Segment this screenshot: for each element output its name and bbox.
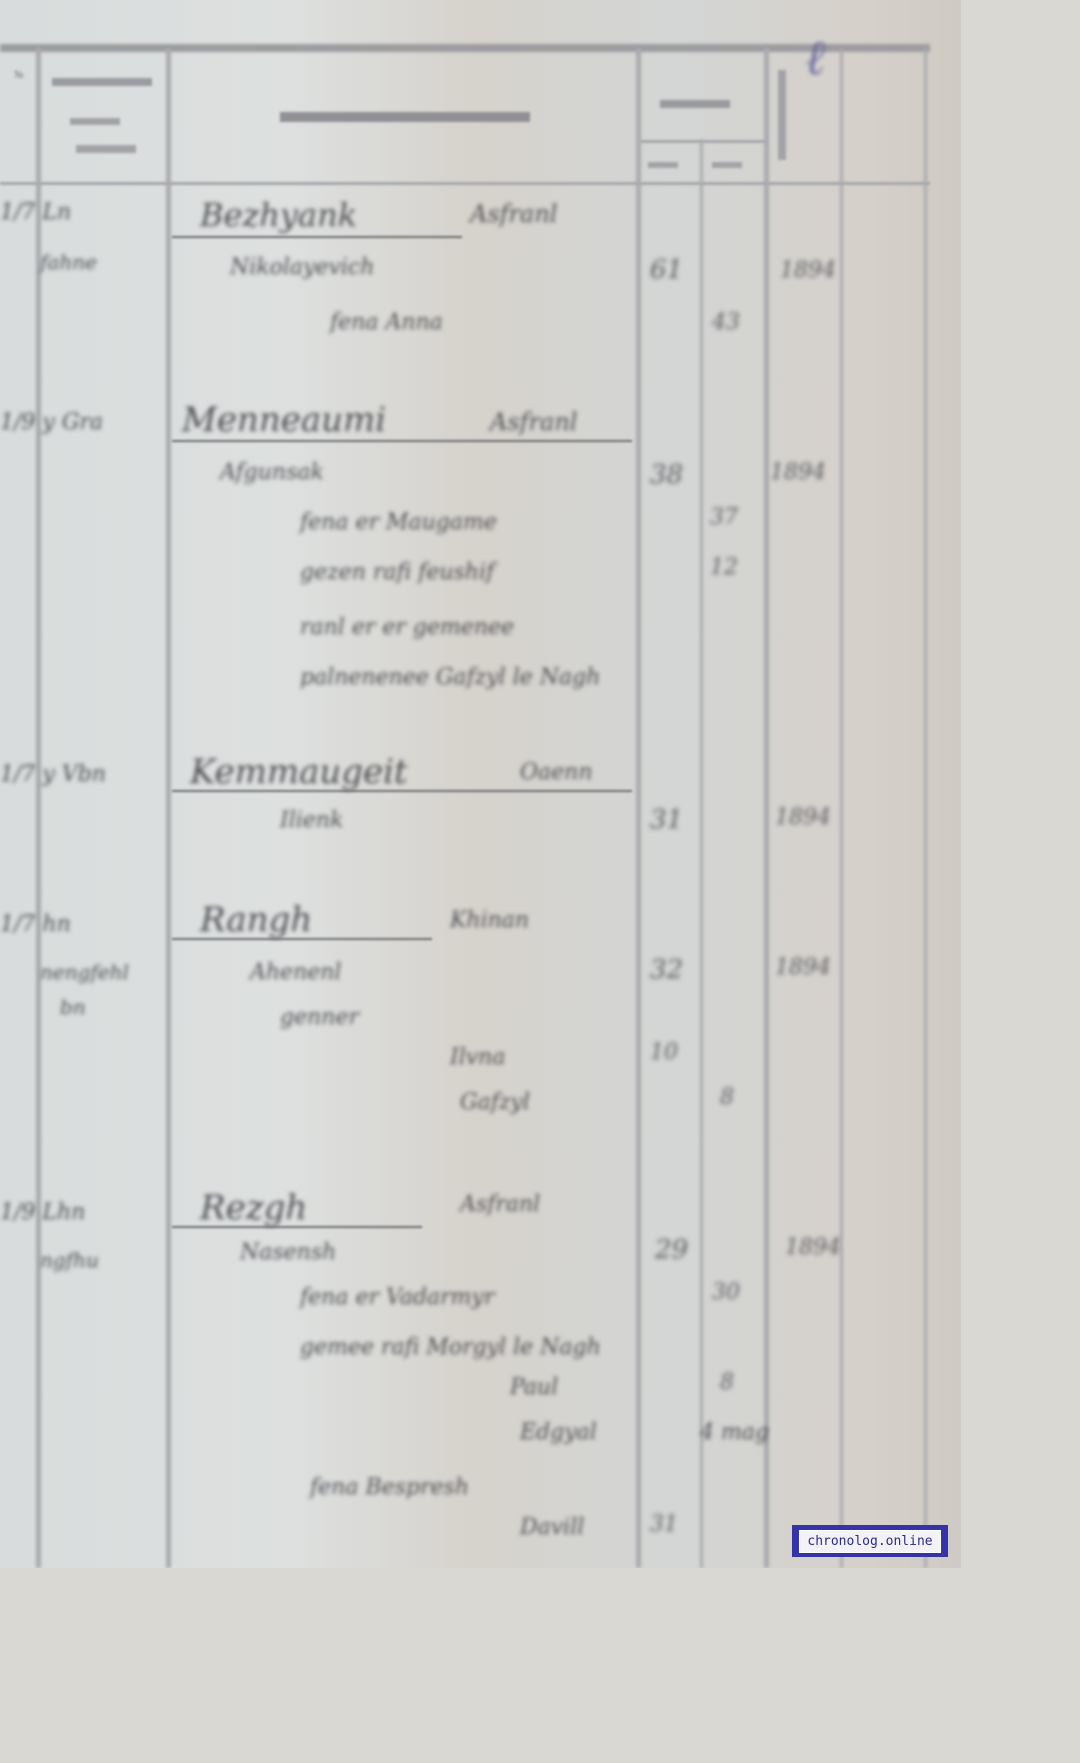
header-date (52, 78, 152, 86)
entry-5-age: 29 (655, 1235, 688, 1265)
entry-2-line3: fena er Maugame (300, 510, 497, 535)
entry-2-line4: gezen rafi feushif (300, 560, 494, 585)
column-divider (840, 48, 843, 1568)
entry-1-surname: Bezhyank (200, 196, 357, 234)
entry-1-line3: fena Anna (330, 310, 443, 335)
entry-1-year: 1894 (780, 258, 836, 283)
header-name (280, 112, 530, 122)
ink-mark: ℓ (805, 30, 825, 86)
entry-2-patronymic: Afgunsak (220, 460, 324, 485)
entry-5-age-f: 30 (712, 1280, 740, 1305)
entry-1-patronymic: Nikolayevich (230, 255, 374, 280)
document-page: № ℓ 1/7 Ln fahne Bezhyank Asfranl Nikola… (0, 0, 961, 1568)
entry-5-line4: gemee rafi Morgyl le Nagh (300, 1335, 601, 1360)
header-date-line3 (76, 145, 136, 153)
entry-3-age: 31 (650, 805, 683, 835)
entry-2-underline (172, 440, 632, 442)
entry-4-surname: Rangh (200, 900, 312, 940)
watermark-text: chronolog.online (799, 1530, 940, 1553)
entry-4-line4: Ilvna (450, 1045, 505, 1070)
entry-3-surname: Kemmaugeit (190, 752, 408, 792)
entry-2-number: 1/9 y Gra (0, 410, 103, 435)
entry-4-age-2: 10 (650, 1040, 678, 1065)
entry-4-age: 32 (650, 955, 683, 985)
entry-2-age-c: 12 (710, 555, 738, 580)
entry-2-age: 38 (650, 460, 683, 490)
header-number: № (4, 70, 34, 81)
entry-1-underline (172, 236, 462, 238)
entry-5-age-c2: 4 mag (700, 1420, 769, 1445)
entry-3-underline (172, 790, 632, 792)
header-age-female (712, 162, 742, 168)
entry-4-patronymic: Ahenenl (250, 960, 341, 985)
entry-2-line5: ranl er er gemenee (300, 615, 514, 640)
entry-1-date: fahne (40, 250, 97, 274)
entry-2-line6: palnenenee Gafzyl le Nagh (300, 665, 600, 690)
column-divider (636, 48, 641, 1568)
column-divider (764, 48, 769, 1568)
entry-3-given: Oaenn (520, 760, 593, 785)
entry-2-age-f: 37 (710, 505, 738, 530)
entry-4-given: Khinan (450, 908, 529, 933)
entry-4-date: nengfehl (40, 960, 129, 984)
entry-4-line3: genner (280, 1005, 359, 1030)
entry-5-year: 1894 (785, 1235, 841, 1260)
header-age-male (648, 162, 678, 168)
entry-4-number: 1/7 hn (0, 912, 71, 937)
entry-1-age-f: 43 (712, 310, 740, 335)
header-age (660, 100, 730, 108)
header-year (778, 70, 786, 160)
entry-4-year: 1894 (775, 955, 831, 980)
entry-5-line6: Edgyal (520, 1420, 597, 1445)
watermark: chronolog.online (792, 1525, 948, 1557)
entry-5-surname: Rezgh (200, 1188, 307, 1228)
entry-2-surname: Menneaumi (182, 400, 386, 440)
header-date-line2 (70, 118, 120, 125)
entry-5-line8: Davill (520, 1515, 584, 1540)
entry-4-date2: bn (60, 995, 86, 1019)
entry-1-number: 1/7 Ln (0, 200, 71, 225)
age-subheader-divider (640, 140, 768, 143)
column-divider (700, 140, 703, 1568)
entry-1-age: 61 (650, 255, 683, 285)
entry-3-year: 1894 (775, 805, 831, 830)
column-divider (166, 48, 171, 1568)
table-top-border (0, 44, 930, 52)
entry-5-line7: fena Bespresh (310, 1475, 469, 1500)
entry-4-line5: Gafzyl (460, 1090, 530, 1115)
entry-4-underline (172, 938, 432, 940)
entry-3-number: 1/7 y Vbn (0, 762, 106, 787)
entry-5-underline (172, 1226, 422, 1228)
entry-2-given: Asfranl (490, 408, 577, 436)
column-divider (924, 48, 927, 1568)
entry-2-year: 1894 (770, 460, 826, 485)
entry-3-patronymic: Ilienk (280, 808, 343, 833)
header-divider (0, 182, 930, 185)
entry-5-line5: Paul (510, 1375, 558, 1400)
entry-5-patronymic: Nasensh (240, 1240, 336, 1265)
entry-5-number: 1/9 Lhn (0, 1200, 85, 1225)
entry-5-given: Asfranl (460, 1192, 540, 1217)
entry-5-age-c1: 8 (720, 1370, 734, 1395)
entry-5-line3: fena er Vadarmyr (300, 1285, 494, 1310)
entry-4-age-f: 8 (720, 1085, 734, 1110)
entry-5-date: ngfhu (40, 1248, 99, 1272)
entry-1-given: Asfranl (470, 200, 557, 228)
column-divider (36, 48, 41, 1568)
entry-5-age-c3: 31 (650, 1512, 678, 1537)
